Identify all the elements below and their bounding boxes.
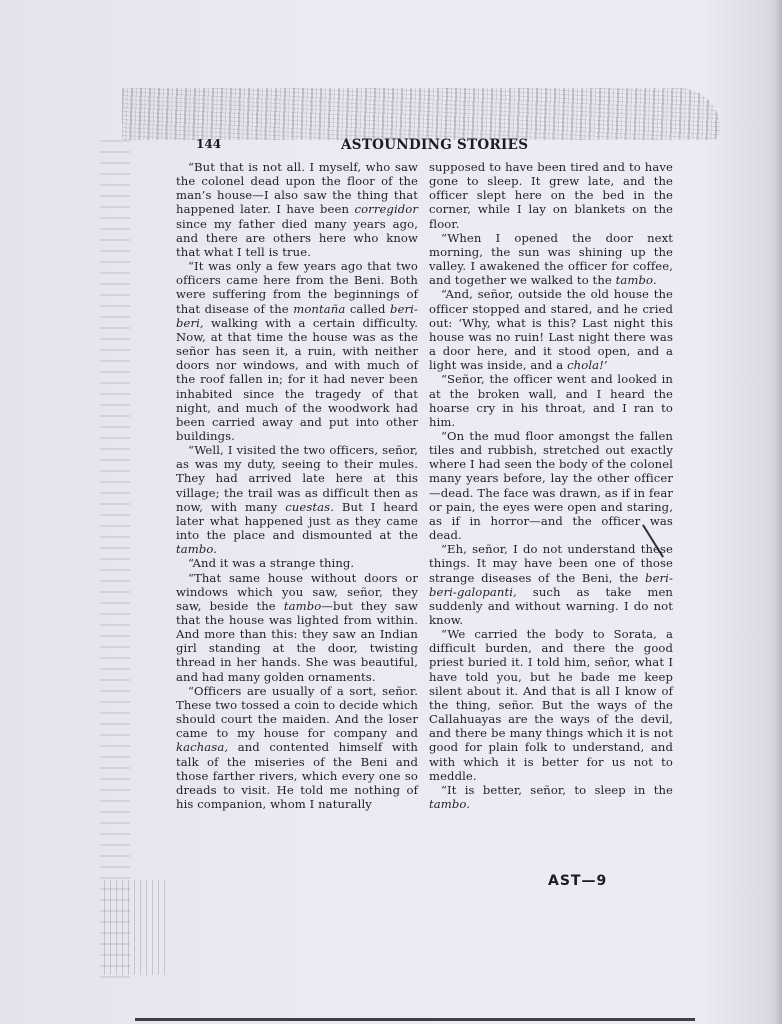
- italic-term: tambo: [284, 599, 321, 613]
- italic-term: corregidor: [355, 202, 419, 216]
- paragraph: “When I opened the door next morning, th…: [429, 231, 673, 288]
- paragraph: “And, señor, outside the old house the o…: [429, 287, 673, 372]
- paragraph: “And it was a strange thing.: [176, 556, 418, 570]
- paragraph: supposed to have been tired and to have …: [429, 160, 673, 231]
- italic-term: kachasa,: [176, 740, 228, 754]
- scan-noise-left-bottom: [104, 880, 166, 975]
- right-column: supposed to have been tired and to have …: [429, 160, 673, 811]
- page-header: 144 ASTOUNDING STORIES: [196, 137, 696, 159]
- italic-term: montaña: [293, 302, 345, 316]
- left-column: “But that is not all. I myself, who saw …: [176, 160, 418, 811]
- running-title: ASTOUNDING STORIES: [341, 137, 528, 153]
- paragraph: “It is better, señor, to sleep in the ta…: [429, 783, 673, 811]
- page-number: 144: [196, 137, 221, 151]
- paragraph: “On the mud floor amongst the fallen til…: [429, 429, 673, 542]
- paragraph: “We carried the body to Sorata, a diffic…: [429, 627, 673, 783]
- bottom-edge-line: [135, 1018, 695, 1021]
- page-edge-shadow: [774, 0, 782, 1024]
- italic-term: tambo.: [176, 542, 217, 556]
- paragraph: “But that is not all. I myself, who saw …: [176, 160, 418, 259]
- scan-noise-left: [100, 140, 130, 980]
- italic-term: tambo.: [616, 273, 657, 287]
- scan-noise-top: [122, 88, 720, 140]
- paragraph: “Officers are usually of a sort, señor. …: [176, 684, 418, 811]
- paragraph: “Señor, the officer went and looked in a…: [429, 372, 673, 429]
- italic-term: cuestas.: [285, 500, 334, 514]
- italic-term: chola!’: [567, 358, 608, 372]
- paragraph: “Well, I visited the two officers, señor…: [176, 443, 418, 556]
- paragraph: “That same house without doors or window…: [176, 571, 418, 684]
- italic-term: beri-beri-galopanti,: [429, 571, 673, 599]
- italic-term: tambo.: [429, 797, 470, 811]
- paragraph: “It was only a few years ago that two of…: [176, 259, 418, 443]
- signature-mark: AST—9: [548, 873, 607, 889]
- paragraph: “Eh, señor, I do not understand these th…: [429, 542, 673, 627]
